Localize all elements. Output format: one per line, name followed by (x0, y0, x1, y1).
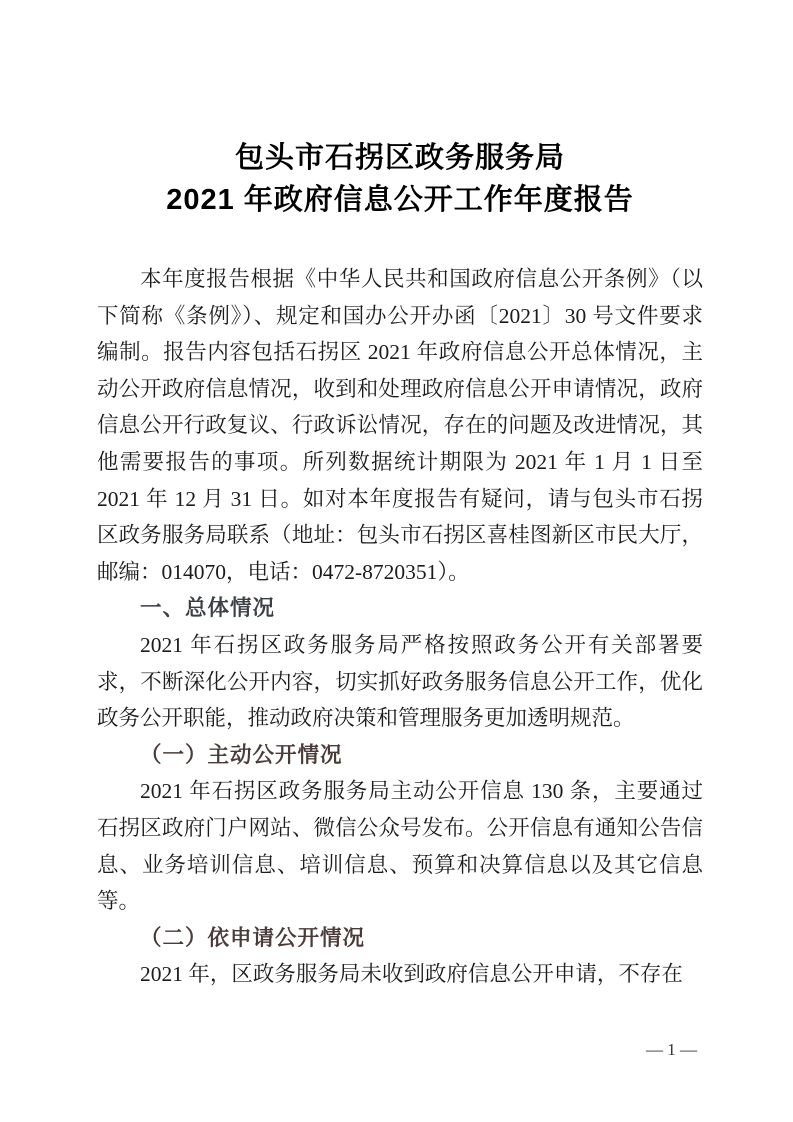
document-body: 本年度报告根据《中华人民共和国政府信息公开条例》（以下简称《条例》）、规定和国办… (97, 261, 703, 993)
paragraph-disclosure-upon-request: 2021 年，区政务服务局未收到政府信息公开申请，不存在 (97, 956, 703, 993)
paragraph-overall-situation: 2021 年石拐区政务服务局严格按照政务公开有关部署要求，不断深化公开内容，切实… (97, 627, 703, 737)
page-number: — 1 — (646, 1040, 697, 1060)
document-page: 包头市石拐区政务服务局 2021 年政府信息公开工作年度报告 本年度报告根据《中… (0, 0, 793, 1122)
document-content: 包头市石拐区政务服务局 2021 年政府信息公开工作年度报告 本年度报告根据《中… (97, 137, 703, 993)
document-title: 包头市石拐区政务服务局 2021 年政府信息公开工作年度报告 (97, 137, 703, 221)
paragraph-introduction: 本年度报告根据《中华人民共和国政府信息公开条例》（以下简称《条例》）、规定和国办… (97, 261, 703, 590)
title-line-1: 包头市石拐区政务服务局 (97, 137, 703, 179)
paragraph-proactive-disclosure: 2021 年石拐区政务服务局主动公开信息 130 条，主要通过石拐区政府门户网站… (97, 773, 703, 919)
title-line-2: 2021 年政府信息公开工作年度报告 (97, 179, 703, 221)
subsection-heading-proactive-disclosure: （一）主动公开情况 (97, 737, 703, 774)
section-heading-overall-situation: 一、总体情况 (97, 590, 703, 627)
subsection-heading-disclosure-upon-request: （二）依申请公开情况 (97, 920, 703, 957)
